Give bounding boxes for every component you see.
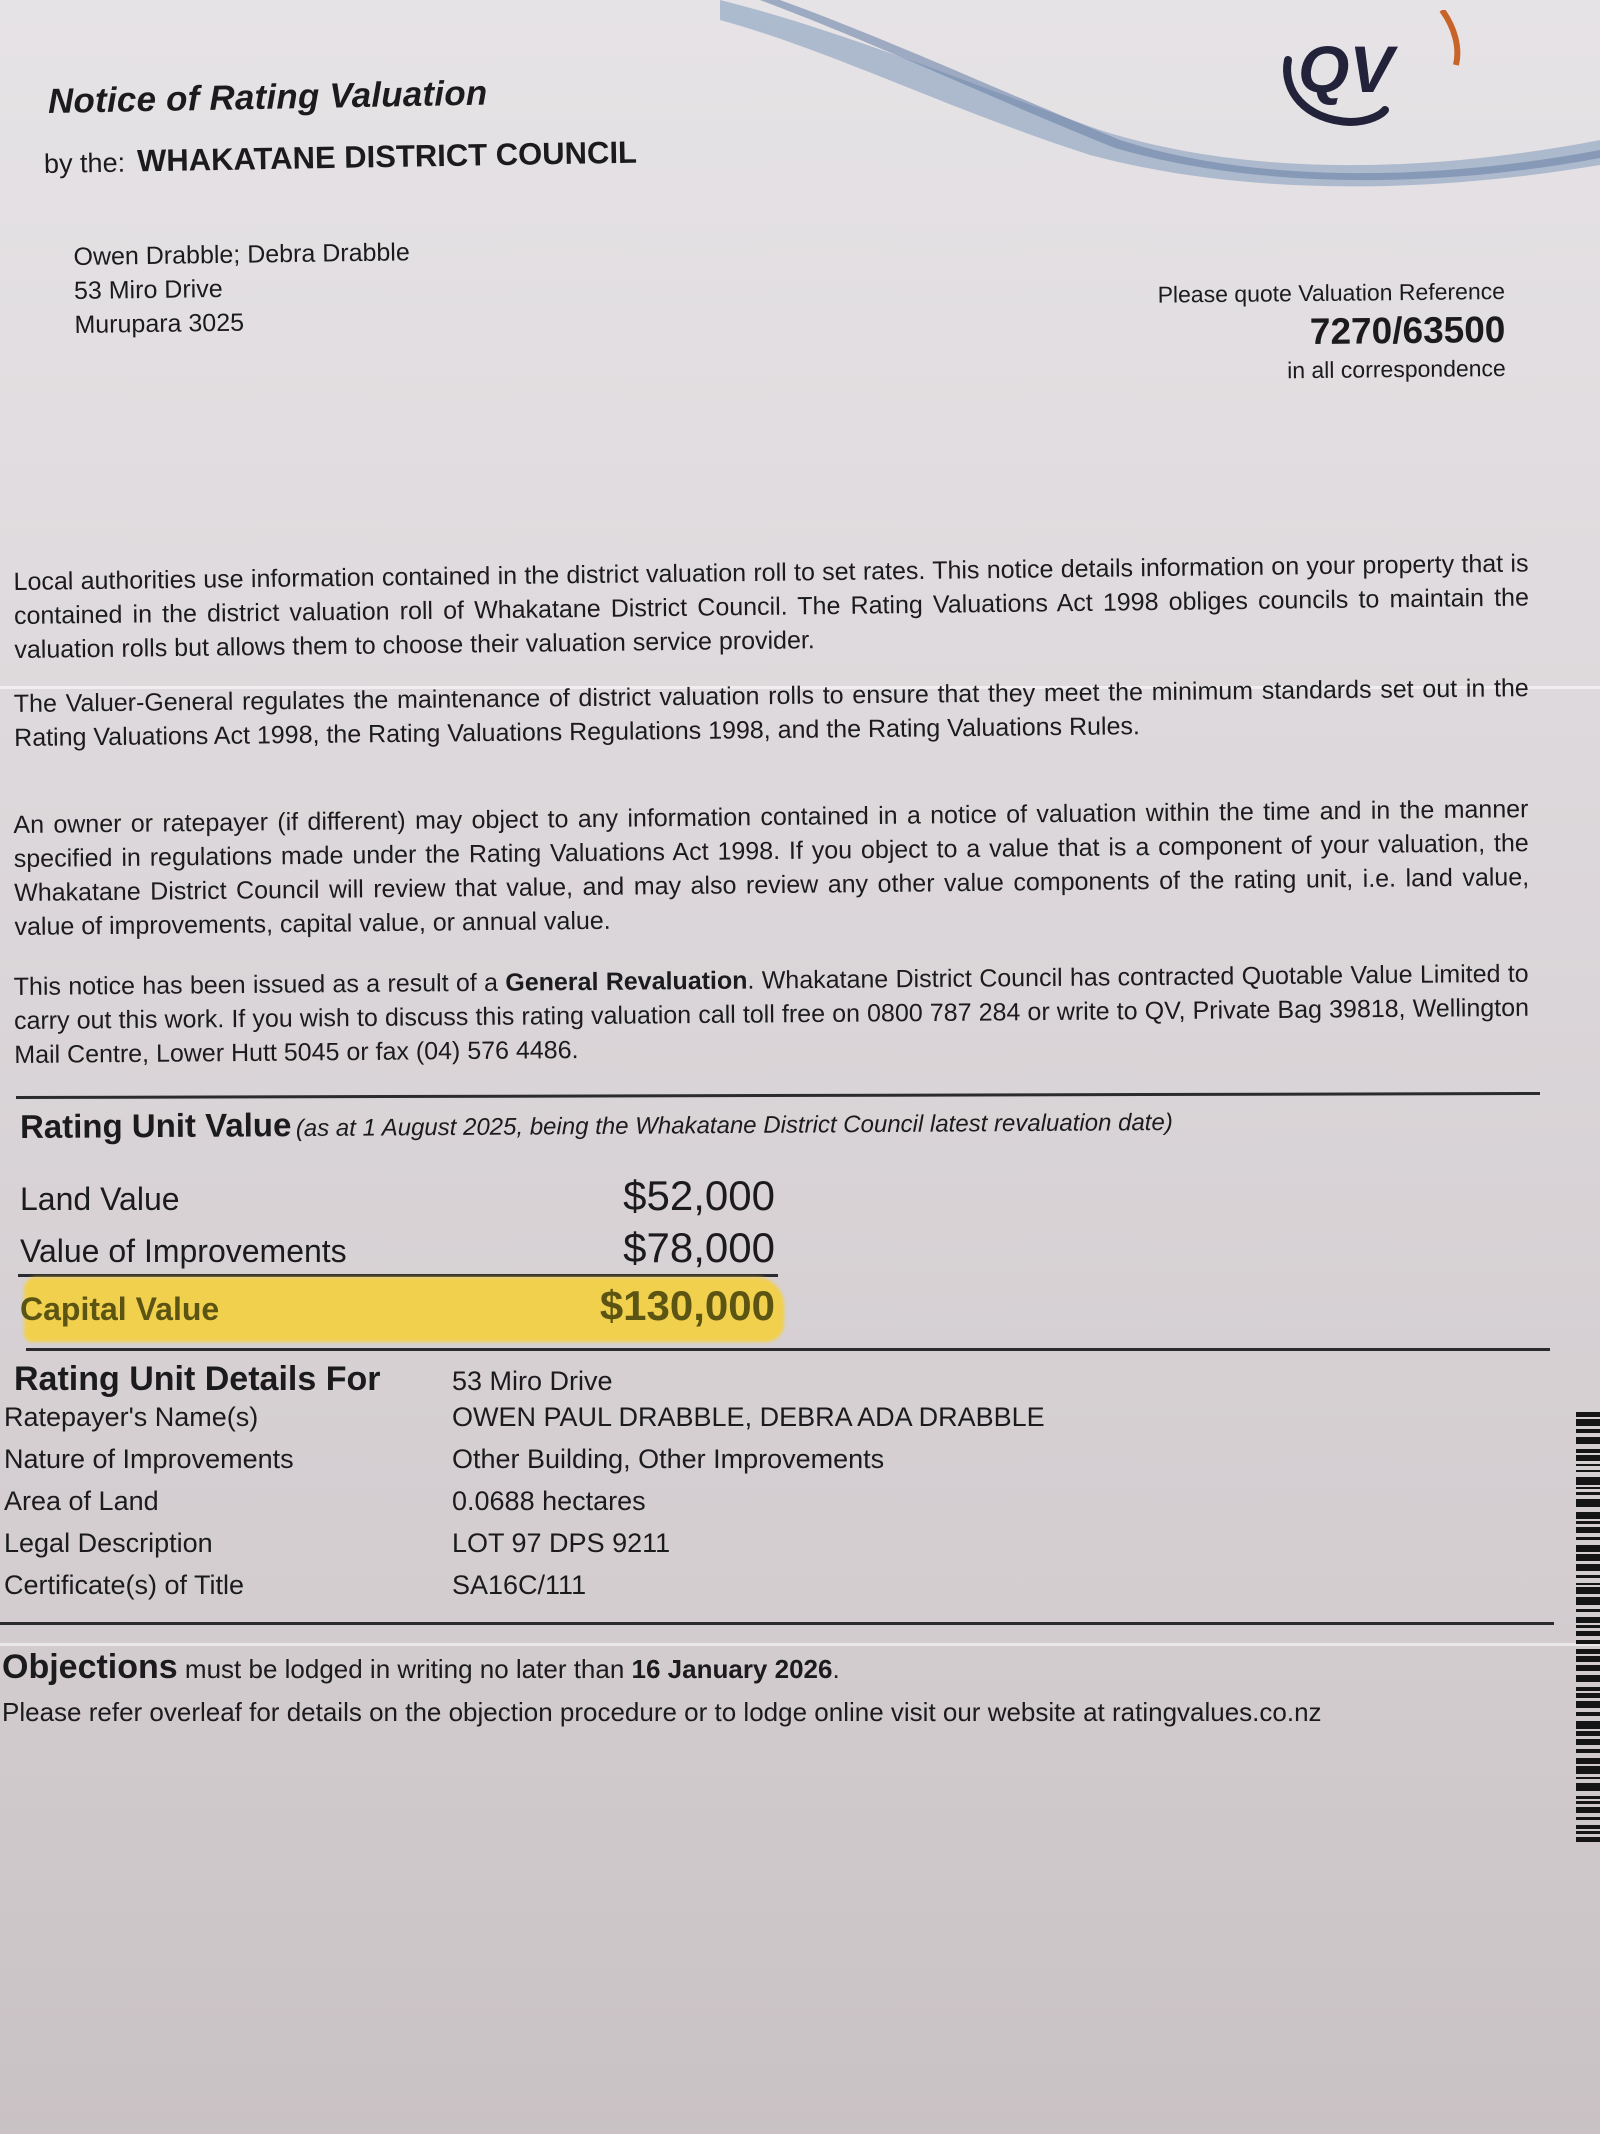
website-link[interactable]: ratingvalues.co.nz <box>1112 1697 1322 1727</box>
general-revaluation-label: General Revaluation <box>505 967 747 997</box>
details-heading-row: Rating Unit Details For 53 Miro Drive <box>4 1360 1045 1402</box>
section-divider <box>0 1622 1554 1625</box>
section-divider <box>16 1092 1540 1099</box>
section-divider <box>26 1348 1550 1351</box>
document-title: Notice of Rating Valuation <box>48 74 488 122</box>
land-value-row: Land Value $52,000 <box>20 1172 775 1220</box>
detail-row: Ratepayer's Name(s) OWEN PAUL DRABBLE, D… <box>4 1402 1045 1444</box>
property-address: 53 Miro Drive <box>452 1366 613 1397</box>
detail-row: Area of Land 0.0688 hectares <box>4 1486 1045 1528</box>
by-label: by the: <box>44 148 126 179</box>
valuer-general-paragraph: The Valuer-General regulates the mainten… <box>14 671 1530 755</box>
qv-logo-icon: QV <box>1270 10 1470 130</box>
reference-prompt: Please quote Valuation Reference <box>1157 278 1505 309</box>
council-name: WHAKATANE DISTRICT COUNCIL <box>137 135 638 179</box>
objections-notice: Objections must be lodged in writing no … <box>2 1648 1322 1728</box>
detail-row: Nature of Improvements Other Building, O… <box>4 1444 1045 1486</box>
paper-fold <box>0 1643 1600 1646</box>
svg-text:QV: QV <box>1298 32 1398 106</box>
improvements-value-row: Value of Improvements $78,000 <box>20 1224 775 1272</box>
valuation-reference-block: Please quote Valuation Reference 7270/63… <box>1157 278 1505 386</box>
capital-value-row: Capital Value $130,000 <box>20 1282 775 1330</box>
addressee-names: Owen Drabble; Debra Drabble <box>73 235 410 274</box>
intro-paragraph: Local authorities use information contai… <box>13 546 1529 667</box>
objection-deadline: 16 January 2026 <box>632 1654 833 1684</box>
revaluation-paragraph: This notice has been issued as a result … <box>14 957 1530 1072</box>
rating-unit-details: Rating Unit Details For 53 Miro Drive Ra… <box>4 1360 1045 1612</box>
land-value-amount: $52,000 <box>623 1172 775 1220</box>
addressee-street: 53 Miro Drive <box>74 269 411 308</box>
addressee-block: Owen Drabble; Debra Drabble 53 Miro Driv… <box>73 235 411 342</box>
objection-rights-paragraph: An owner or ratepayer (if different) may… <box>13 792 1529 944</box>
addressee-town: Murupara 3025 <box>74 303 411 342</box>
council-byline: by the:WHAKATANE DISTRICT COUNCIL <box>44 135 638 181</box>
revaluation-date-note: (as at 1 August 2025, being the Whakatan… <box>296 1109 1173 1142</box>
capital-value-amount: $130,000 <box>600 1282 775 1330</box>
barcode-icon <box>1576 1412 1600 1842</box>
valuation-notice-page: QV Notice of Rating Valuation by the:WHA… <box>0 0 1600 2134</box>
improvements-value-amount: $78,000 <box>623 1224 775 1272</box>
rating-unit-value-heading: Rating Unit Value (as at 1 August 2025, … <box>20 1100 1173 1146</box>
valuation-reference-number: 7270/63500 <box>1157 309 1505 355</box>
detail-row: Legal Description LOT 97 DPS 9211 <box>4 1528 1045 1570</box>
detail-row: Certificate(s) of Title SA16C/111 <box>4 1570 1045 1612</box>
reference-suffix: in all correspondence <box>1158 355 1506 386</box>
